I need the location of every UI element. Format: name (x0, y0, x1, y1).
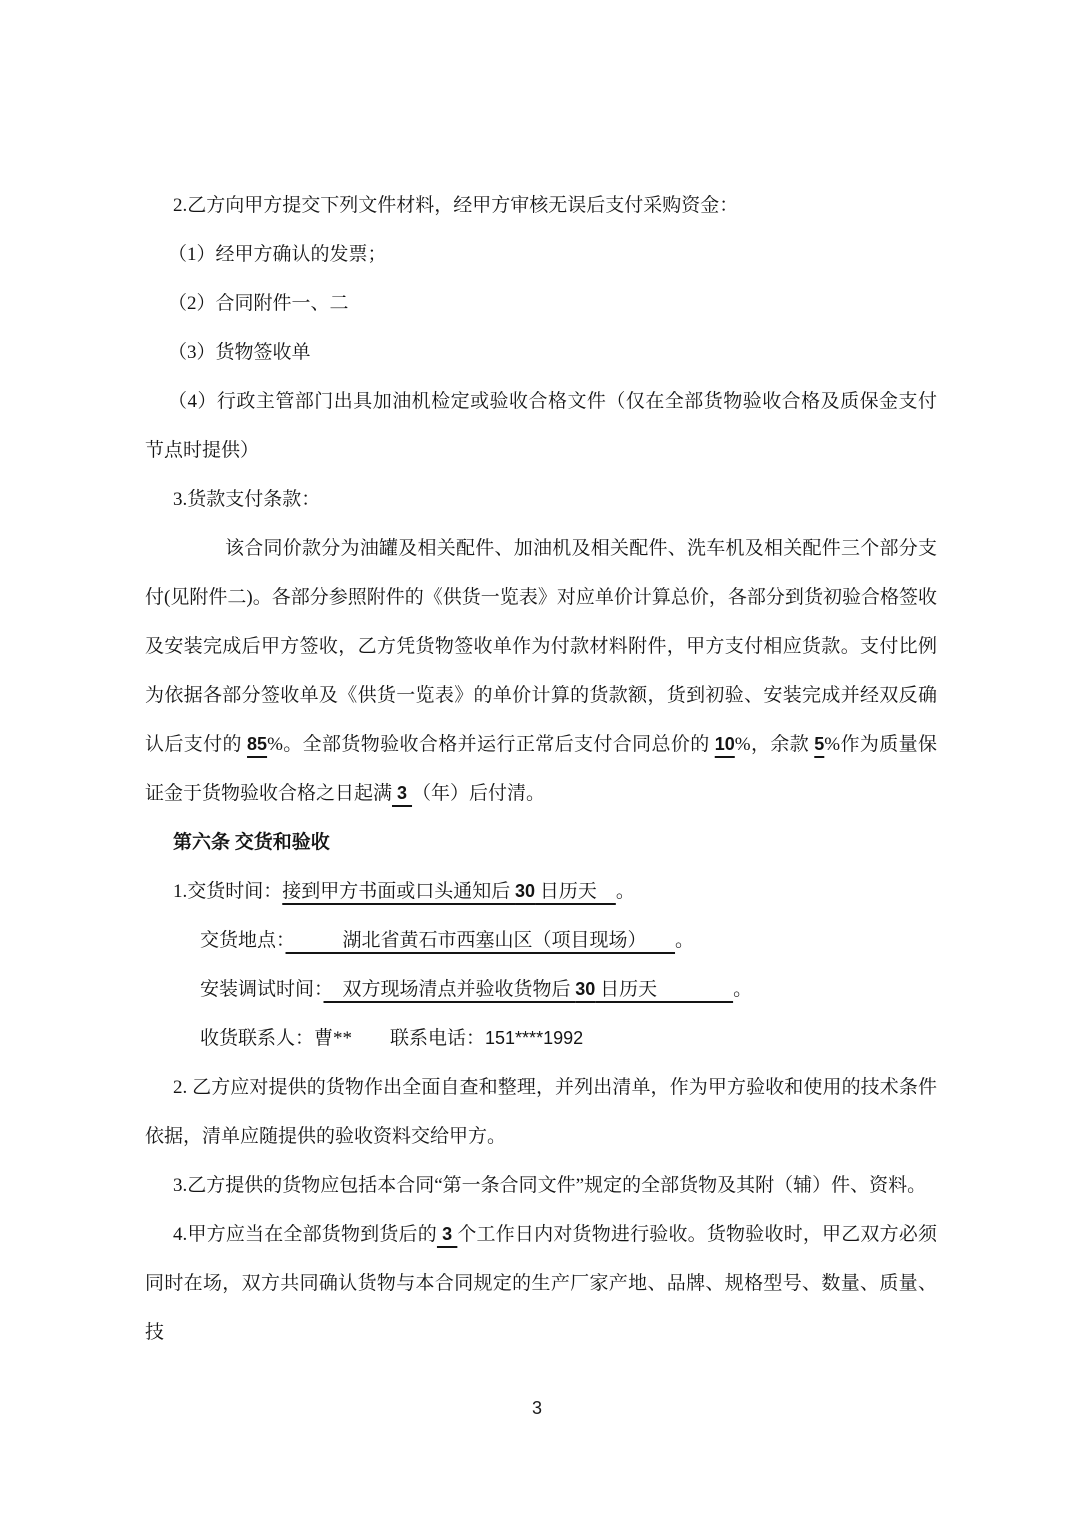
text-run: 3.乙方提供的货物应包括本合同“第一条合同文件”规定的全部货物及其附（辅）件、资… (173, 1175, 926, 1196)
text-run: 。 (616, 881, 635, 902)
para-delivery-time: 1.交货时间：接到甲方书面或口头通知后 30 日历天 。 (145, 867, 937, 916)
para-delivery-place: 交货地点： 湖北省黄石市西塞山区（项目现场） 。 (145, 916, 937, 965)
filled-blank: 3 (392, 783, 412, 803)
document-body: 2.乙方向甲方提交下列文件材料，经甲方审核无误后支付采购资金：（1）经甲方确认的… (145, 181, 937, 1357)
filled-blank: 双方现场清点并验收货物后 (324, 979, 576, 1000)
text-run: %。全部货物验收合格并运行正常后支付合同总价的 (267, 734, 715, 755)
filled-blank: 5 (814, 734, 824, 754)
text-run: 收货联系人：曹** 联系电话： (200, 1028, 485, 1049)
page-number: 3 (0, 1398, 1074, 1419)
para-submit-documents: 2.乙方向甲方提交下列文件材料，经甲方审核无误后支付采购资金： (145, 181, 937, 230)
text-run: （4）行政主管部门出具加油机检定或验收合格文件（仅在全部货物验收合格及质保金支付… (145, 391, 937, 461)
text-run: 。 (733, 979, 752, 1000)
text-run: 交货地点： (200, 930, 286, 951)
filled-blank: 3 (437, 1224, 457, 1244)
para-payment-detail: 该合同价款分为油罐及相关配件、加油机及相关配件、洗车机及相关配件三个部分支付(见… (145, 524, 937, 818)
item-inspection-certificate: （4）行政主管部门出具加油机检定或验收合格文件（仅在全部货物验收合格及质保金支付… (145, 377, 937, 475)
text-run: 安装调试时间： (200, 979, 324, 1000)
para-install-time: 安装调试时间： 双方现场清点并验收货物后 30 日历天 。 (145, 965, 937, 1014)
text-run: 该合同价款分为油罐及相关配件、加油机及相关配件、洗车机及相关配件三个部分支付(见… (145, 538, 937, 755)
filled-blank: 接到甲方书面或口头通知后 (282, 881, 515, 902)
text-run: （1）经甲方确认的发票； (168, 244, 387, 265)
text-run: （年）后付清。 (412, 783, 545, 804)
filled-blank: 30 (515, 881, 535, 901)
text-run: （3）货物签收单 (168, 342, 311, 363)
text-run: %，余款 (735, 734, 814, 755)
filled-blank: 85 (247, 734, 267, 754)
text-run: 2.乙方向甲方提交下列文件材料，经甲方审核无误后支付采购资金： (173, 195, 738, 216)
item-goods-receipt: （3）货物签收单 (145, 328, 937, 377)
text-run: 1.交货时间： (173, 881, 282, 902)
para-acceptance: 4.甲方应当在全部货物到货后的 3 个工作日内对货物进行验收。货物验收时，甲乙双… (145, 1210, 937, 1357)
text-run: 151****1992 (485, 1028, 583, 1048)
text-run: 。 (675, 930, 694, 951)
heading-article-6: 第六条 交货和验收 (145, 818, 937, 867)
filled-blank: 10 (715, 734, 735, 754)
text-run: 4.甲方应当在全部货物到货后的 (173, 1224, 437, 1245)
para-goods-scope: 3.乙方提供的货物应包括本合同“第一条合同文件”规定的全部货物及其附（辅）件、资… (145, 1161, 937, 1210)
item-contract-attachments: （2）合同附件一、二 (145, 279, 937, 328)
para-self-check: 2. 乙方应对提供的货物作出全面自查和整理，并列出清单，作为甲方验收和使用的技术… (145, 1063, 937, 1161)
item-invoice: （1）经甲方确认的发票； (145, 230, 937, 279)
text-run: 3.货款支付条款： (173, 489, 320, 510)
filled-blank: 30 (575, 979, 595, 999)
filled-blank: 日历天 (535, 881, 616, 902)
filled-blank: 日历天 (595, 979, 733, 1000)
para-receiver-contact: 收货联系人：曹** 联系电话：151****1992 (145, 1014, 937, 1063)
text-run: 第六条 交货和验收 (173, 832, 330, 853)
filled-blank: 湖北省黄石市西塞山区（项目现场） (286, 930, 676, 951)
text-run: 2. 乙方应对提供的货物作出全面自查和整理，并列出清单，作为甲方验收和使用的技术… (145, 1077, 937, 1147)
para-payment-terms-title: 3.货款支付条款： (145, 475, 937, 524)
contract-page: 2.乙方向甲方提交下列文件材料，经甲方审核无误后支付采购资金：（1）经甲方确认的… (0, 0, 1074, 1520)
text-run: （2）合同附件一、二 (168, 293, 349, 314)
